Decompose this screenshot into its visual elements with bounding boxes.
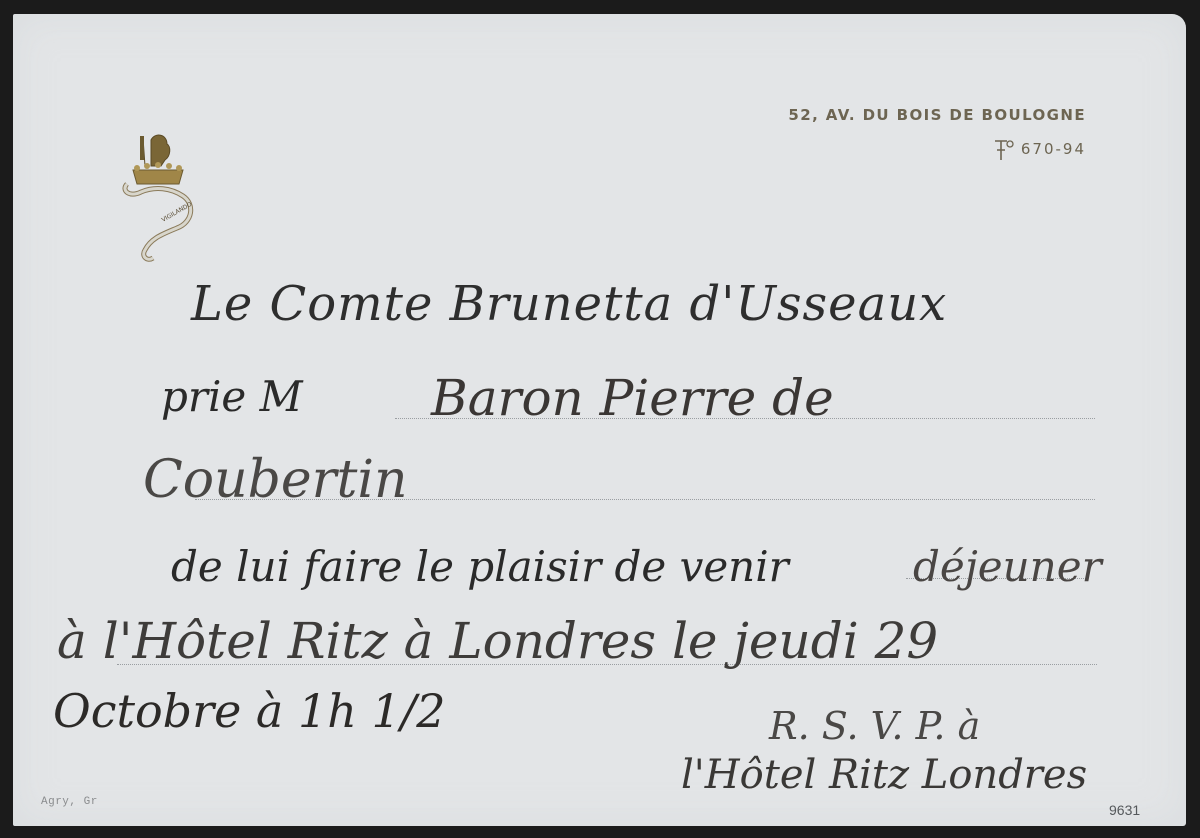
phone-number: 670-94 xyxy=(1021,140,1086,158)
request-prefix: prie M xyxy=(161,372,303,421)
invitation-card: VIGILANDO 52, AV. DU BOIS DE BOULOGNE 67… xyxy=(13,14,1186,826)
letterhead-address: 52, AV. DU BOIS DE BOULOGNE xyxy=(788,106,1086,124)
rsvp-line-1: R. S. V. P. à xyxy=(769,704,980,748)
catalog-number: 9631 xyxy=(1109,802,1140,818)
host-line: Le Comte Brunetta d'Usseaux xyxy=(191,276,947,332)
meal-handwritten: déjeuner xyxy=(913,542,1102,591)
heraldic-crest-icon: VIGILANDO xyxy=(111,126,211,266)
guest-name-line-1: Baron Pierre de xyxy=(431,369,834,427)
engraver-mark: Agry, Gr xyxy=(41,796,98,808)
letterhead-phone: 670-94 xyxy=(993,136,1086,162)
time-handwritten: Octobre à 1h 1/2 xyxy=(53,684,446,738)
invite-phrase: de lui faire le plaisir de venir xyxy=(171,542,789,591)
telephone-icon xyxy=(993,136,1015,162)
rsvp-line-2: l'Hôtel Ritz Londres xyxy=(681,752,1087,798)
venue-date-handwritten: à l'Hôtel Ritz à Londres le jeudi 29 xyxy=(57,612,938,670)
guest-name-line-2: Coubertin xyxy=(143,450,408,510)
